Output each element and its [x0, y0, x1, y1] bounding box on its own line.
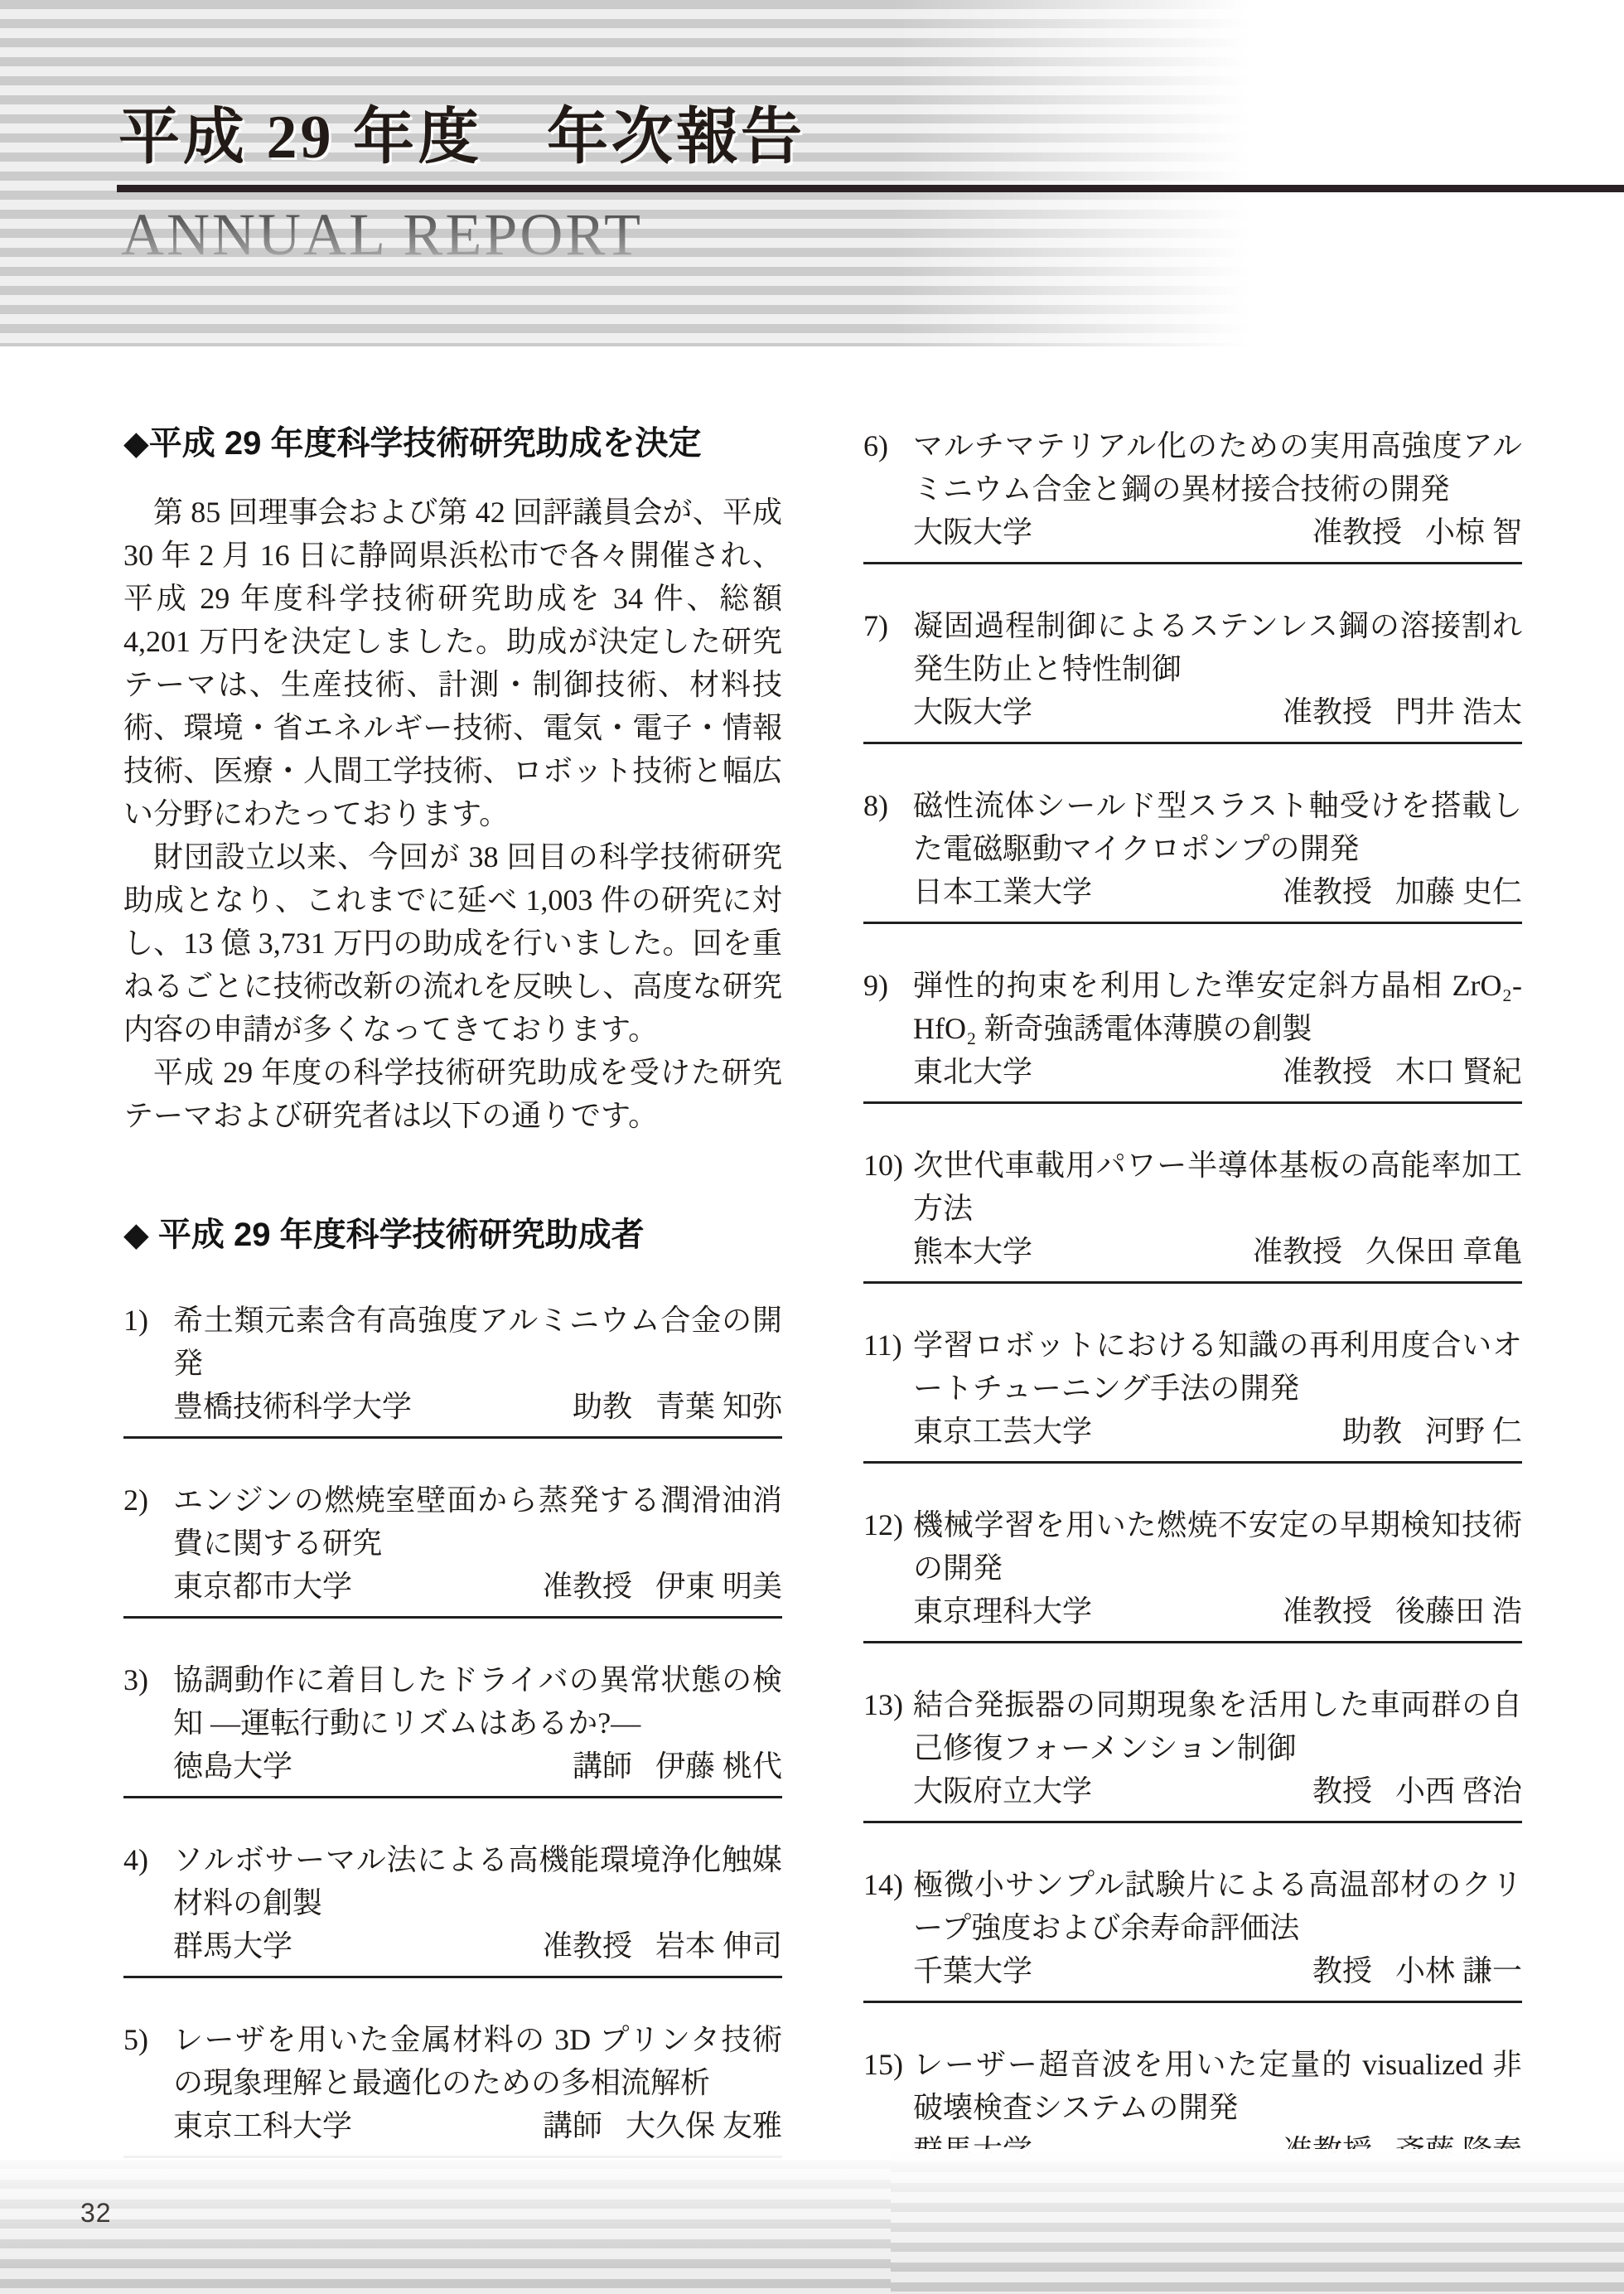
item-title: 希土類元素含有高強度アルミニウム合金の開発 [173, 1299, 782, 1385]
item-title: 極微小サンプル試験片による高温部材のクリープ強度および余寿命評価法 [913, 1863, 1522, 1949]
item-number: 6) [863, 424, 913, 511]
item-role: 講師 [573, 1750, 632, 1783]
item-number: 12) [863, 1503, 913, 1590]
page-subtitle: ANNUAL REPORT [121, 202, 643, 268]
item-role: 准教授 [1283, 875, 1372, 908]
paragraph-2: 財団設立以来、今回が 38 回目の科学技術研究助成となり、これまでに延べ 1,0… [123, 835, 782, 1051]
item-role: 助教 [573, 1390, 632, 1423]
grant-item: 12) 機械学習を用いた燃焼不安定の早期検知技術の開発 東京理科大学 准教授後藤… [863, 1503, 1522, 1643]
item-name: 小西 啓治 [1395, 1774, 1522, 1808]
item-university: 大阪大学 [913, 690, 1032, 733]
item-title: 磁性流体シールド型スラスト軸受けを搭載した電磁駆動マイクロポンプの開発 [913, 784, 1522, 870]
grant-list-left: 1) 希土類元素含有高強度アルミニウム合金の開発 豊橋技術科学大学 助教青葉 知… [123, 1299, 782, 2158]
item-number: 3) [123, 1658, 173, 1745]
item-number: 8) [863, 784, 913, 870]
item-university: 熊本大学 [913, 1230, 1032, 1273]
item-number: 2) [123, 1479, 173, 1565]
item-role: 准教授 [1283, 695, 1372, 728]
item-name: 青葉 知弥 [655, 1390, 782, 1423]
item-university: 東京都市大学 [173, 1565, 352, 1608]
paragraph-1: 第 85 回理事会および第 42 回評議員会が、平成 30 年 2 月 16 日… [123, 491, 782, 835]
item-person: 教授小西 啓治 [1312, 1769, 1522, 1812]
item-person: 准教授伊東 明美 [543, 1565, 782, 1608]
item-role: 准教授 [1312, 515, 1402, 549]
item-title: エンジンの燃焼室壁面から蒸発する潤滑油消費に関する研究 [173, 1479, 782, 1565]
grant-list-right: 6) マルチマテリアル化のための実用高強度アルミニウム合金と鋼の異材接合技術の開… [863, 424, 1522, 2183]
grant-item: 6) マルチマテリアル化のための実用高強度アルミニウム合金と鋼の異材接合技術の開… [863, 424, 1522, 564]
item-title: ソルボサーマル法による高機能環境浄化触媒材料の創製 [173, 1838, 782, 1924]
item-university: 千葉大学 [913, 1949, 1032, 1992]
item-name: 小林 謙一 [1395, 1954, 1522, 1987]
item-university: 群馬大学 [173, 1924, 292, 1967]
item-university: 徳島大学 [173, 1745, 292, 1788]
item-name: 後藤田 浩 [1395, 1595, 1522, 1628]
left-column: ◆平成 29 年度科学技術研究助成を決定 第 85 回理事会および第 42 回評… [123, 424, 782, 2158]
item-name: 小椋 智 [1425, 515, 1522, 549]
item-name: 岩本 伸司 [655, 1929, 782, 1962]
item-person: 准教授加藤 史仁 [1283, 870, 1522, 913]
item-person: 助教河野 仁 [1342, 1410, 1522, 1453]
item-university: 日本工業大学 [913, 870, 1092, 913]
item-university: 大阪府立大学 [913, 1769, 1092, 1812]
grant-item: 14) 極微小サンプル試験片による高温部材のクリープ強度および余寿命評価法 千葉… [863, 1863, 1522, 2003]
item-title: レーザを用いた金属材料の 3D プリンタ技術の現象理解と最適化のための多相流解析 [173, 2018, 782, 2104]
item-number: 14) [863, 1863, 913, 1949]
item-university: 東京工芸大学 [913, 1410, 1092, 1453]
item-person: 准教授久保田 章亀 [1253, 1230, 1522, 1273]
item-number: 11) [863, 1324, 913, 1410]
item-name: 加藤 史仁 [1395, 875, 1522, 908]
grant-item: 3) 協調動作に着目したドライバの異常状態の検知 ―運転行動にリズムはあるか?―… [123, 1658, 782, 1798]
item-title: 弾性的拘束を利用した準安定斜方晶相 ZrO₂-HfO₂ 新奇強誘電体薄膜の創製 [913, 964, 1522, 1050]
item-role: 准教授 [1283, 1055, 1372, 1088]
item-person: 講師伊藤 桃代 [573, 1745, 782, 1788]
item-name: 門井 浩太 [1395, 695, 1522, 728]
item-number: 4) [123, 1838, 173, 1924]
item-role: 准教授 [1283, 1595, 1372, 1628]
item-role: 講師 [543, 2109, 602, 2142]
item-role: 教授 [1312, 1774, 1372, 1808]
item-title: 機械学習を用いた燃焼不安定の早期検知技術の開発 [913, 1503, 1522, 1590]
decision-section-heading: ◆平成 29 年度科学技術研究助成を決定 [123, 424, 782, 462]
item-name: 久保田 章亀 [1365, 1235, 1522, 1268]
item-name: 大久保 友雅 [626, 2109, 782, 2142]
item-title: 協調動作に着目したドライバの異常状態の検知 ―運転行動にリズムはあるか?― [173, 1658, 782, 1745]
item-role: 准教授 [1253, 1235, 1342, 1268]
grantees-section-heading: ◆ 平成 29 年度科学技術研究助成者 [123, 1216, 782, 1254]
lead-paragraphs: 第 85 回理事会および第 42 回評議員会が、平成 30 年 2 月 16 日… [123, 491, 782, 1137]
page-footer [0, 2149, 1624, 2294]
item-role: 助教 [1342, 1415, 1402, 1448]
item-number: 9) [863, 964, 913, 1050]
grant-item: 13) 結合発振器の同期現象を活用した車両群の自己修復フォーメンション制御 大阪… [863, 1683, 1522, 1823]
item-name: 伊東 明美 [655, 1570, 782, 1603]
item-number: 13) [863, 1683, 913, 1769]
item-title: レーザー超音波を用いた定量的 visualized 非破壊検査システムの開発 [913, 2043, 1522, 2129]
item-person: 准教授岩本 伸司 [543, 1924, 782, 1967]
item-name: 木口 賢紀 [1395, 1055, 1522, 1088]
report-page: 平成 29 年度 年次報告 ANNUAL REPORT ◆平成 29 年度科学技… [0, 0, 1624, 2294]
item-title: 凝固過程制御によるステンレス鋼の溶接割れ発生防止と特性制御 [913, 604, 1522, 690]
item-person: 教授小林 謙一 [1312, 1949, 1522, 1992]
item-university: 東京工科大学 [173, 2104, 352, 2147]
grant-item: 10) 次世代車載用パワー半導体基板の高能率加工方法 熊本大学 准教授久保田 章… [863, 1144, 1522, 1284]
page-title: 平成 29 年度 年次報告 [118, 106, 805, 171]
item-role: 教授 [1312, 1954, 1372, 1987]
item-number: 1) [123, 1299, 173, 1385]
item-person: 准教授後藤田 浩 [1283, 1590, 1522, 1633]
item-role: 准教授 [543, 1570, 632, 1603]
item-person: 准教授門井 浩太 [1283, 690, 1522, 733]
item-person: 助教青葉 知弥 [573, 1385, 782, 1428]
grant-item: 1) 希土類元素含有高強度アルミニウム合金の開発 豊橋技術科学大学 助教青葉 知… [123, 1299, 782, 1439]
item-university: 豊橋技術科学大学 [173, 1385, 412, 1428]
grant-item: 5) レーザを用いた金属材料の 3D プリンタ技術の現象理解と最適化のための多相… [123, 2018, 782, 2158]
item-person: 准教授木口 賢紀 [1283, 1050, 1522, 1093]
item-title: 学習ロボットにおける知識の再利用度合いオートチューニング手法の開発 [913, 1324, 1522, 1410]
footer-fade-decoration [0, 2149, 1624, 2294]
item-person: 講師大久保 友雅 [543, 2104, 782, 2147]
item-title: 次世代車載用パワー半導体基板の高能率加工方法 [913, 1144, 1522, 1230]
grant-item: 9) 弾性的拘束を利用した準安定斜方晶相 ZrO₂-HfO₂ 新奇強誘電体薄膜の… [863, 964, 1522, 1104]
grant-item: 11) 学習ロボットにおける知識の再利用度合いオートチューニング手法の開発 東京… [863, 1324, 1522, 1464]
item-name: 伊藤 桃代 [655, 1750, 782, 1783]
item-title: 結合発振器の同期現象を活用した車両群の自己修復フォーメンション制御 [913, 1683, 1522, 1769]
item-title: マルチマテリアル化のための実用高強度アルミニウム合金と鋼の異材接合技術の開発 [913, 424, 1522, 511]
item-university: 大阪大学 [913, 511, 1032, 554]
item-number: 5) [123, 2018, 173, 2104]
item-university: 東北大学 [913, 1050, 1032, 1093]
grant-item: 4) ソルボサーマル法による高機能環境浄化触媒材料の創製 群馬大学 准教授岩本 … [123, 1838, 782, 1978]
grant-item: 2) エンジンの燃焼室壁面から蒸発する潤滑油消費に関する研究 東京都市大学 准教… [123, 1479, 782, 1619]
item-number: 10) [863, 1144, 913, 1230]
item-university: 東京理科大学 [913, 1590, 1092, 1633]
header-stripes-decoration [0, 0, 1624, 346]
paragraph-3: 平成 29 年度の科学技術研究助成を受けた研究テーマおよび研究者は以下の通りです… [123, 1051, 782, 1137]
item-role: 准教授 [543, 1929, 632, 1962]
grant-item: 7) 凝固過程制御によるステンレス鋼の溶接割れ発生防止と特性制御 大阪大学 准教… [863, 604, 1522, 744]
page-number: 32 [80, 2198, 112, 2229]
header-rule [117, 185, 1624, 192]
item-person: 准教授小椋 智 [1312, 511, 1522, 554]
item-number: 15) [863, 2043, 913, 2129]
item-number: 7) [863, 604, 913, 690]
right-column: 6) マルチマテリアル化のための実用高強度アルミニウム合金と鋼の異材接合技術の開… [863, 424, 1522, 2183]
item-name: 河野 仁 [1425, 1415, 1522, 1448]
grant-item: 8) 磁性流体シールド型スラスト軸受けを搭載した電磁駆動マイクロポンプの開発 日… [863, 784, 1522, 924]
